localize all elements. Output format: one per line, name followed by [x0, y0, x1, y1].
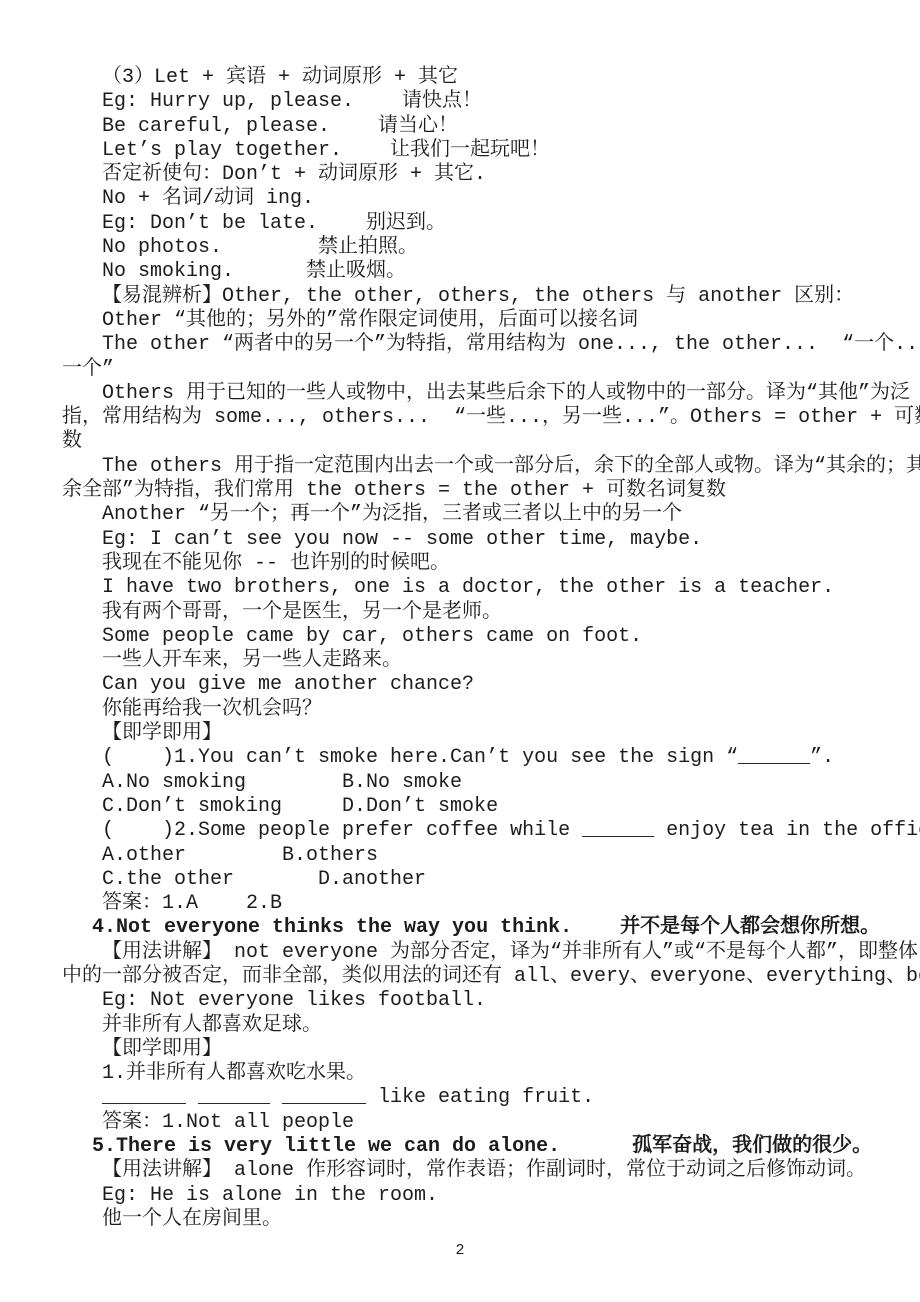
text-line: C.Don’t smoking D.Don’t smoke: [62, 795, 880, 819]
text-line: 【即学即用】: [62, 1038, 880, 1062]
text-line: 我现在不能见你 -- 也许别的时候吧。: [62, 552, 880, 576]
text-line: 答案：1.A 2.B: [62, 892, 880, 916]
text-line: 1.并非所有人都喜欢吃水果。: [62, 1062, 880, 1086]
text-line: The other “两者中的另一个”为特指，常用结构为 one..., the…: [62, 333, 880, 357]
text-line: Other “其他的；另外的”常作限定词使用，后面可以接名词: [62, 309, 880, 333]
text-line: C.the other D.another: [62, 868, 880, 892]
text-line: Eg: He is alone in the room.: [62, 1184, 880, 1208]
text-line: Eg: I can’t see you now -- some other ti…: [62, 528, 880, 552]
text-line: Eg: Don’t be late. 别迟到。: [62, 212, 880, 236]
document-page: （3）Let + 宾语 + 动词原形 + 其它Eg: Hurry up, ple…: [0, 0, 920, 1302]
text-line: ( )2.Some people prefer coffee while ___…: [62, 819, 880, 843]
text-line: 答案：1.Not all people: [62, 1111, 880, 1135]
text-line: 一些人开车来，另一些人走路来。: [62, 649, 880, 673]
text-line: 你能再给我一次机会吗？: [62, 698, 880, 722]
text-line: 【用法讲解】 alone 作形容词时，常作表语；作副词时，常位于动词之后修饰动词…: [62, 1159, 880, 1183]
text-line: Some people came by car, others came on …: [62, 625, 880, 649]
text-line: 并非所有人都喜欢足球。: [62, 1014, 880, 1038]
text-line: I have two brothers, one is a doctor, th…: [62, 576, 880, 600]
text-line: 5.There is very little we can do alone. …: [62, 1135, 880, 1159]
text-line: The others 用于指一定范围内出去一个或一部分后，余下的全部人或物。译为…: [62, 455, 880, 479]
text-line: （3）Let + 宾语 + 动词原形 + 其它: [62, 66, 880, 90]
text-line: 指，常用结构为 some..., others... “一些...，另一些...…: [62, 406, 880, 430]
text-line: ( )1.You can’t smoke here.Can’t you see …: [62, 746, 880, 770]
page-number: 2: [0, 1242, 920, 1260]
text-line: No smoking. 禁止吸烟。: [62, 260, 880, 284]
text-line: No photos. 禁止拍照。: [62, 236, 880, 260]
text-line: 【易混辨析】Other, the other, others, the othe…: [62, 285, 880, 309]
text-line: Eg: Not everyone likes football.: [62, 989, 880, 1013]
text-line: No + 名词/动词 ing.: [62, 187, 880, 211]
document-body: （3）Let + 宾语 + 动词原形 + 其它Eg: Hurry up, ple…: [62, 66, 880, 1232]
text-line: Be careful, please. 请当心！: [62, 115, 880, 139]
text-line: Eg: Hurry up, please. 请快点！: [62, 90, 880, 114]
text-line: 他一个人在房间里。: [62, 1208, 880, 1232]
text-line: A.other B.others: [62, 844, 880, 868]
text-line: Can you give me another chance?: [62, 673, 880, 697]
text-line: A.No smoking B.No smoke: [62, 771, 880, 795]
text-line: Let’s play together. 让我们一起玩吧！: [62, 139, 880, 163]
text-line: 余全部”为特指，我们常用 the others = the other + 可数…: [62, 479, 880, 503]
text-line: 【即学即用】: [62, 722, 880, 746]
text-line: _______ ______ _______ like eating fruit…: [62, 1086, 880, 1110]
text-line: Another “另一个；再一个”为泛指，三者或三者以上中的另一个: [62, 503, 880, 527]
text-line: 数: [62, 430, 880, 454]
text-line: Others 用于已知的一些人或物中，出去某些后余下的人或物中的一部分。译为“其…: [62, 382, 880, 406]
text-line: 【用法讲解】 not everyone 为部分否定，译为“并非所有人”或“不是每…: [62, 941, 880, 965]
text-line: 一个”: [62, 358, 880, 382]
text-line: 4.Not everyone thinks the way you think.…: [62, 916, 880, 940]
text-line: 否定祈使句：Don’t + 动词原形 + 其它.: [62, 163, 880, 187]
text-line: 我有两个哥哥，一个是医生，另一个是老师。: [62, 601, 880, 625]
text-line: 中的一部分被否定，而非全部，类似用法的词还有 all、every、everyon…: [62, 965, 880, 989]
